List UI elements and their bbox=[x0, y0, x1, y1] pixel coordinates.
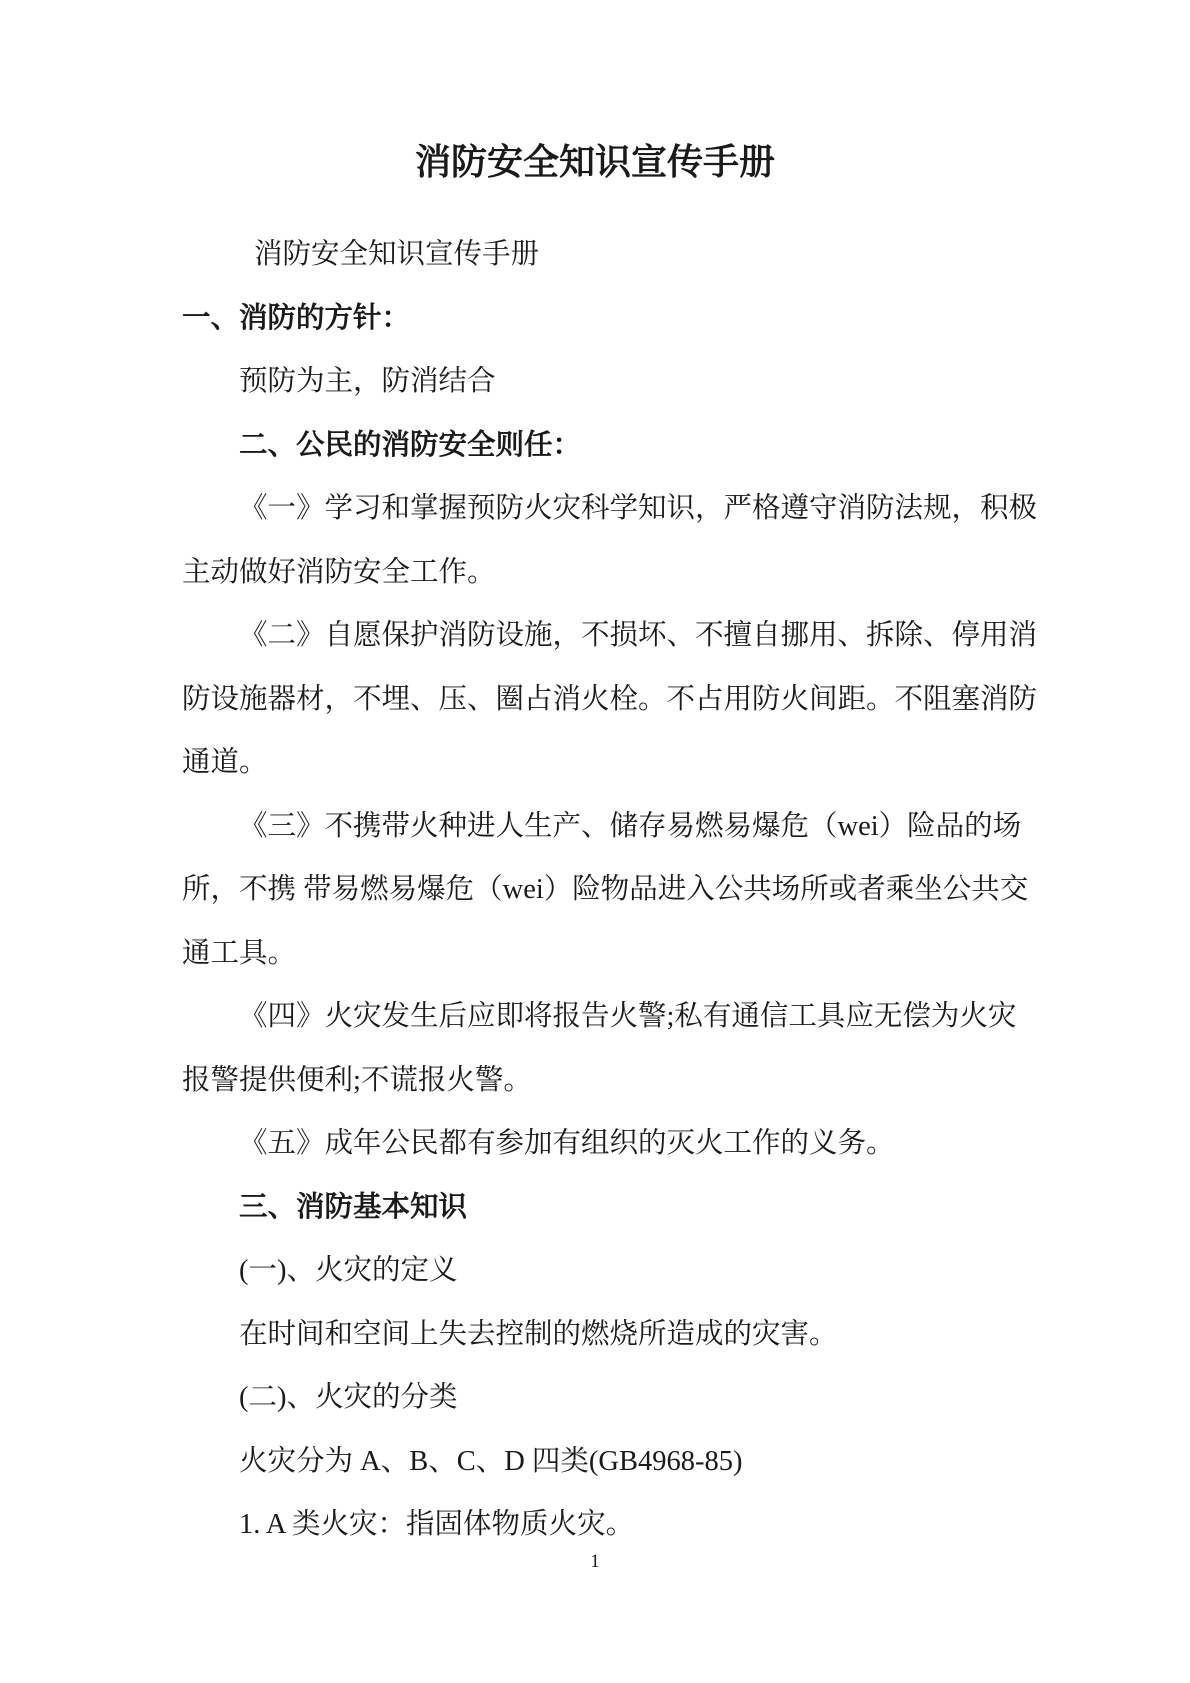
text-line: (一)、火灾的定义 bbox=[182, 1239, 1042, 1303]
text-line: 通道。 bbox=[182, 731, 1042, 795]
document-page: 消防安全知识宣传手册 消防安全知识宣传手册 一、消防的方针： 预防为主，防消结合… bbox=[0, 0, 1190, 1683]
text-line: 报警提供便利;不谎报火警。 bbox=[182, 1049, 1042, 1113]
document-title: 消防安全知识宣传手册 bbox=[0, 140, 1190, 184]
text-line: 《三》不携带火种进人生产、储存易燃易爆危（wei）险品的场 bbox=[182, 795, 1042, 859]
text-line: (二)、火灾的分类 bbox=[182, 1366, 1042, 1430]
text-line: 《二》自愿保护消防设施，不损坏、不擅自挪用、拆除、停用消 bbox=[182, 604, 1042, 668]
section-heading: 三、消防基本知识 bbox=[182, 1176, 1042, 1240]
text-line: 通工具。 bbox=[182, 922, 1042, 986]
text-line: 火灾分为 A、B、C、D 四类(GB4968-85) bbox=[182, 1430, 1042, 1494]
section-heading: 二、公民的消防安全则任： bbox=[182, 414, 1042, 478]
text-line: 主动做好消防安全工作。 bbox=[182, 541, 1042, 605]
section-heading: 一、消防的方针： bbox=[182, 287, 1042, 351]
text-line: 1. A 类火灾：指固体物质火灾。 bbox=[182, 1493, 1042, 1557]
text-line: 所，不携 带易燃易爆危（wei）险物品进入公共场所或者乘坐公共交 bbox=[182, 858, 1042, 922]
document-body: 消防安全知识宣传手册 一、消防的方针： 预防为主，防消结合 二、公民的消防安全则… bbox=[182, 223, 1042, 1557]
page-number: 1 bbox=[0, 1549, 1190, 1575]
text-line: 防设施器材，不埋、压、圈占消火栓。不占用防火间距。不阻塞消防 bbox=[182, 668, 1042, 732]
text-line: 《一》学习和掌握预防火灾科学知识，严格遵守消防法规，积极 bbox=[182, 477, 1042, 541]
text-line: 在时间和空间上失去控制的燃烧所造成的灾害。 bbox=[182, 1303, 1042, 1367]
text-line: 消防安全知识宣传手册 bbox=[182, 223, 1042, 287]
text-line: 《五》成年公民都有参加有组织的灭火工作的义务。 bbox=[182, 1112, 1042, 1176]
text-line: 预防为主，防消结合 bbox=[182, 350, 1042, 414]
text-line: 《四》火灾发生后应即将报告火警;私有通信工具应无偿为火灾 bbox=[182, 985, 1042, 1049]
